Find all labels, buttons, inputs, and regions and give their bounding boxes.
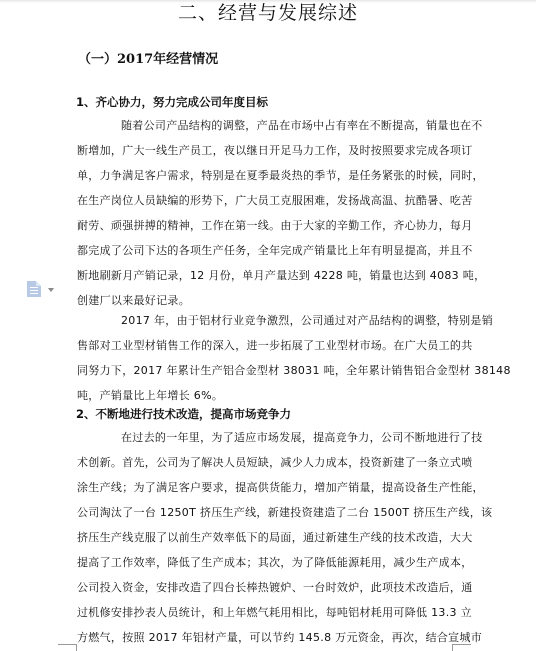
text-line: 方燃气，按照 2017 年铝材产量，可以节约 145.8 万元资金，再次，结合宣… bbox=[77, 625, 462, 650]
text-line: 单，力争满足客户需求，特别是在夏季最炎热的季节，是任务紧张的时候，同时， bbox=[77, 163, 462, 188]
subsection-heading-1: 1、齐心协力，努力完成公司年度目标 bbox=[76, 94, 268, 110]
paragraph-3: 在过去的一年里，为了适应市场发展，提高竞争力，公司不断地进行了技 术创新。首先，… bbox=[77, 425, 462, 650]
section-heading: （一）2017年经营情况 bbox=[78, 48, 218, 67]
text-line: 在过去的一年里，为了适应市场发展，提高竞争力，公司不断地进行了技 bbox=[77, 425, 462, 450]
text-line: 吨，产销量比上年增长 6%。 bbox=[77, 383, 462, 408]
text-line: 随着公司产品结构的调整，产品在市场中占有率在不断提高，销量也在不 bbox=[77, 113, 462, 138]
text-line: 断地刷新月产销记录，12 月份，单月产量达到 4228 吨，销量也达到 4083… bbox=[77, 263, 462, 288]
page-corner-mark-right bbox=[452, 644, 471, 651]
text-line: 挤压生产线克服了以前生产效率低下的局面，通过新建生产线的技术改造，大大 bbox=[77, 525, 462, 550]
text-line: 在生产岗位人员缺编的形势下，广大员工克服困难，发扬战高温、抗酷暑、吃苦 bbox=[77, 188, 462, 213]
text-line: 公司投入资金，安排改造了四台长棒热镀炉、一台时效炉，此项技术改造后，通 bbox=[77, 575, 462, 600]
document-page: 二、经营与发展综述 （一）2017年经营情况 1、齐心协力，努力完成公司年度目标… bbox=[0, 0, 536, 651]
text-line: 术创新。首先，公司为了解决人员短缺，减少人力成本，投资新建了一条立式喷 bbox=[77, 450, 462, 475]
text-line: 断增加，广大一线生产员工，夜以继日开足马力工作，及时按照要求完成各项订 bbox=[77, 138, 462, 163]
page-corner-mark-left bbox=[58, 644, 77, 651]
text-line: 公司淘汰了一台 1250T 挤压生产线，新建投资建造了二台 1500T 挤压生产… bbox=[77, 500, 462, 525]
text-line: 涂生产线；为了满足客户要求，提高供货能力，增加产销量，提高设备生产性能， bbox=[77, 475, 462, 500]
paragraph-1: 随着公司产品结构的调整，产品在市场中占有率在不断提高，销量也在不 断增加，广大一… bbox=[77, 113, 462, 313]
document-outline-icon[interactable] bbox=[27, 281, 41, 297]
text-line: 过机修安排抄表人员统计，和上年燃气耗用相比，每吨铝材耗用可降低 13.3 立 bbox=[77, 600, 462, 625]
text-line: 2017 年，由于铝材行业竞争激烈，公司通过对产品结构的调整，特别是销 bbox=[77, 308, 462, 333]
text-line: 耐劳、顽强拼搏的精神，工作在第一线。由于大家的辛勤工作，齐心协力，每月 bbox=[77, 213, 462, 238]
chevron-down-icon[interactable] bbox=[48, 288, 54, 292]
text-line: 同努力下，2017 年累计生产铝合金型材 38031 吨，全年累计销售铝合金型材… bbox=[77, 358, 462, 383]
text-line: 提高了工作效率，降低了生产成本；其次，为了降低能源耗用，减少生产成本， bbox=[77, 550, 462, 575]
text-line: 售部对工业型材销售工作的深入，进一步拓展了工业型材市场。在广大员工的共 bbox=[77, 333, 462, 358]
text-line: 都完成了公司下达的各项生产任务，全年完成产销量比上年有明显提高，并且不 bbox=[77, 238, 462, 263]
paragraph-2: 2017 年，由于铝材行业竞争激烈，公司通过对产品结构的调整，特别是销 售部对工… bbox=[77, 308, 462, 408]
subsection-heading-2: 2、不断地进行技术改造，提高市场竞争力 bbox=[76, 406, 291, 422]
page-title: 二、经营与发展综述 bbox=[0, 0, 536, 25]
